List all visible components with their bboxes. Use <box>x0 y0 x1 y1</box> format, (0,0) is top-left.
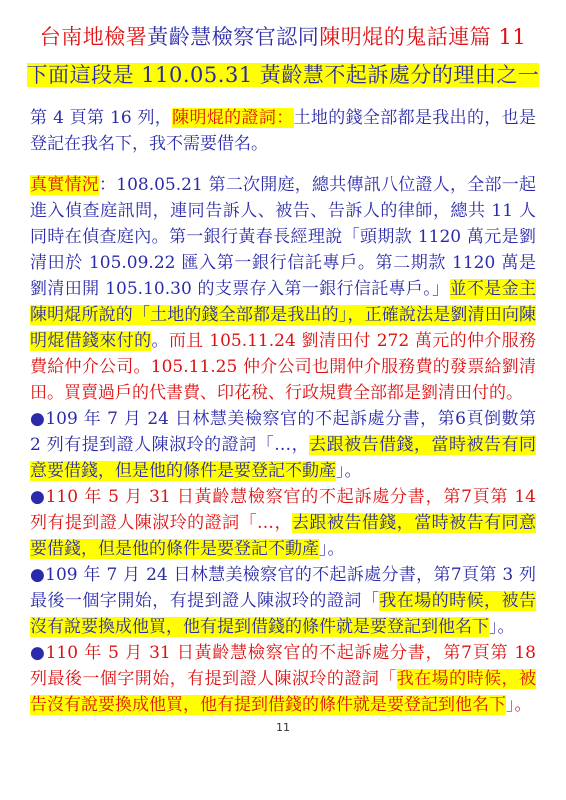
bullet-1100531-page7-line18: ●110 年 5 月 31 日黃齡慧檢察官的不起訴處分書，第7頁第 18 列最後… <box>30 640 536 718</box>
paragraph-testimony-intro: 第 4 頁第 16 列，陳明焜的證詞：土地的錢全部都是我出的，也是登記在我名下，… <box>30 105 536 157</box>
text-segment: 第 4 頁第 16 列， <box>30 108 172 128</box>
text-segment: 黃齡慧檢察官認同 <box>147 25 319 49</box>
text-segment: 」。 <box>336 461 362 481</box>
page-subtitle-row: 下面這段是 110.05.31 黃齡慧不起訴處分的理由之一 <box>0 58 566 92</box>
text-segment: 」。 <box>319 539 345 559</box>
highlighted-text-segment: 下面這段是 110.05.31 黃齡慧不起訴處分的理由之一 <box>27 63 540 87</box>
document-body: 第 4 頁第 16 列，陳明焜的證詞：土地的錢全部都是我出的，也是登記在我名下，… <box>30 105 536 718</box>
page-subtitle: 下面這段是 110.05.31 黃齡慧不起訴處分的理由之一 <box>21 58 546 92</box>
text-segment: ● <box>30 565 45 585</box>
page-number: 11 <box>0 721 566 734</box>
text-segment: 陳明焜的鬼話連篇 11 <box>319 25 526 49</box>
text-segment: ● <box>30 643 46 663</box>
paragraph-real-situation: 真實情況：108.05.21 第二次開庭，總共傳訊八位證人，全部一起進入偵查庭訊… <box>30 172 536 406</box>
document-page: 台南地檢署黃齡慧檢察官認同陳明焜的鬼話連篇 11 下面這段是 110.05.31… <box>0 0 566 800</box>
text-segment: 台南地檢署 <box>40 25 148 49</box>
text-segment: 」。 <box>506 695 532 715</box>
text-segment: ● <box>30 409 45 429</box>
text-segment: 」。 <box>489 617 515 637</box>
bullet-1090724-page6: ●109 年 7 月 24 日林慧美檢察官的不起訴處分書，第6頁倒數第 2 列有… <box>30 406 536 484</box>
page-title: 台南地檢署黃齡慧檢察官認同陳明焜的鬼話連篇 11 <box>0 22 566 52</box>
bullet-1100531-page7-line14: ●110 年 5 月 31 日黃齡慧檢察官的不起訴處分書，第7頁第 14 列有提… <box>30 484 536 562</box>
highlighted-text-segment: 陳明焜的證詞： <box>172 108 293 128</box>
bullet-1090724-page7-line3: ●109 年 7 月 24 日林慧美檢察官的不起訴處分書，第7頁第 3 列最後一… <box>30 562 536 640</box>
text-segment: ● <box>30 487 46 507</box>
highlighted-text-segment: 真實情況 <box>30 175 99 195</box>
text-segment: 。 <box>151 331 168 351</box>
